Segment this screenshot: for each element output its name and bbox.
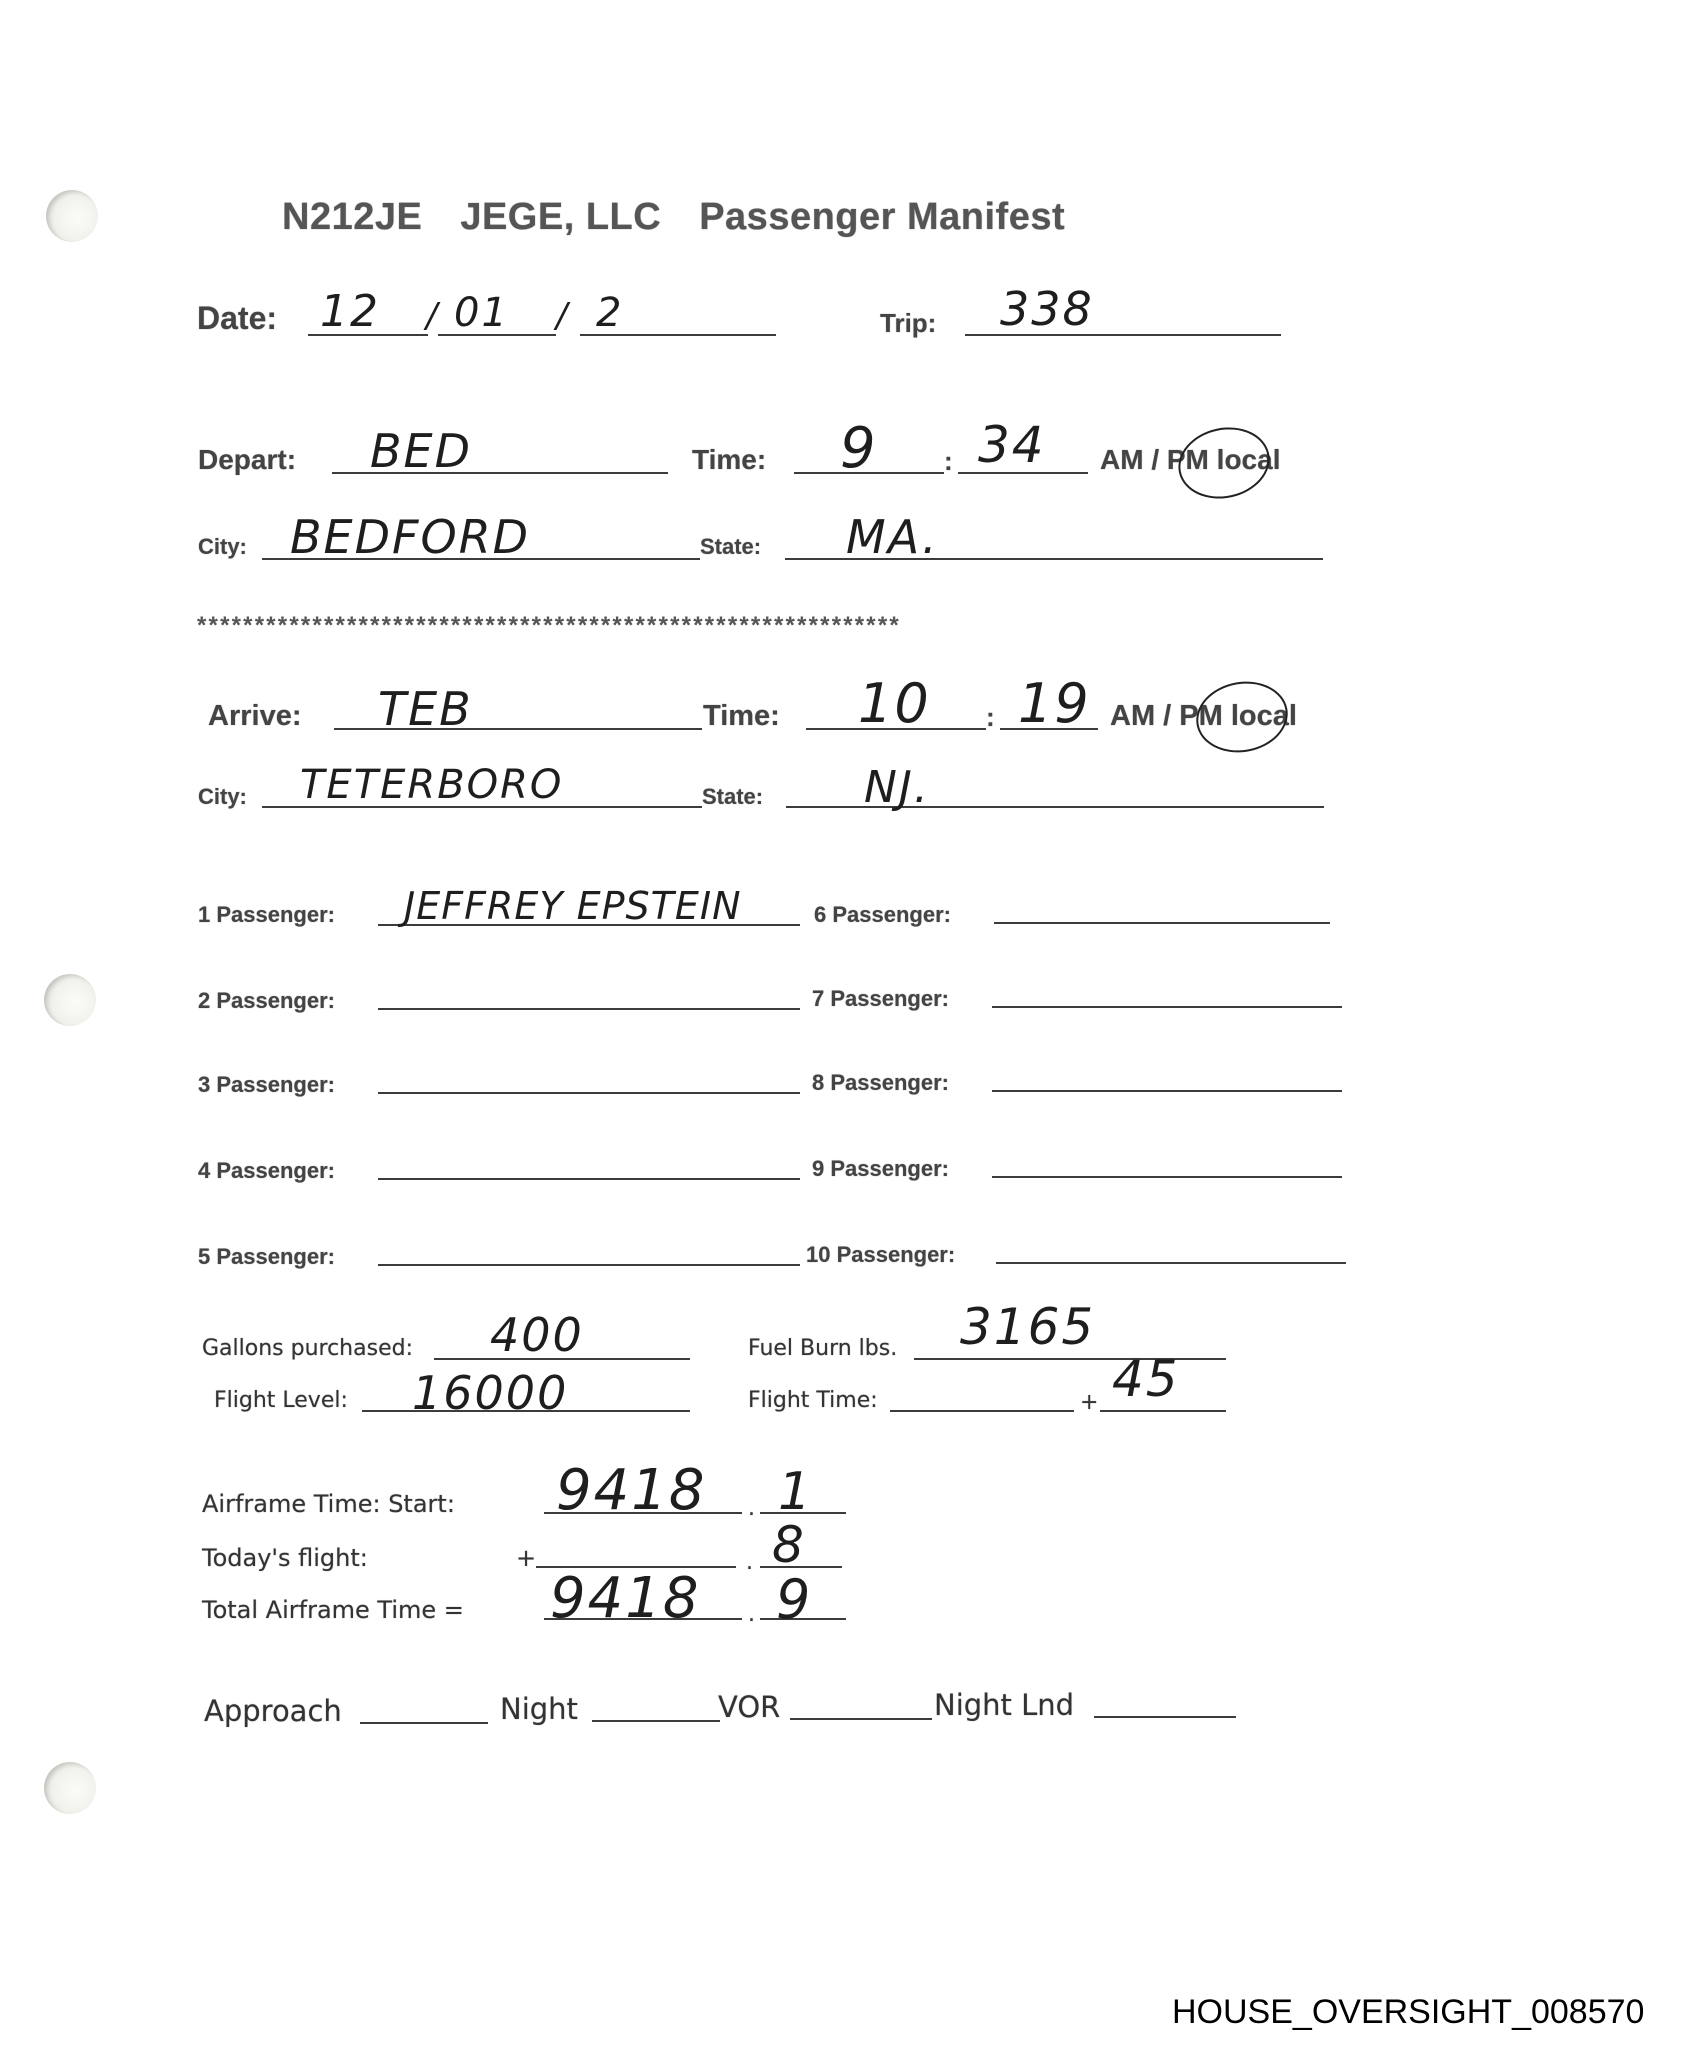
date-label: Date:	[197, 300, 277, 337]
pm-circle-mark	[1191, 675, 1294, 760]
arrive-minute[interactable]: 19	[1018, 672, 1091, 735]
depart-airport[interactable]: BED	[370, 424, 472, 478]
arrive-hour[interactable]: 10	[858, 672, 931, 735]
hole-punch-middle	[44, 974, 96, 1026]
gallons-purchased-value[interactable]: 400	[490, 1308, 584, 1362]
form-name: Passenger Manifest	[699, 196, 1065, 238]
company-name: JEGE, LLC	[460, 196, 661, 238]
trip-label: Trip:	[880, 308, 936, 339]
arrive-state[interactable]: NJ.	[864, 762, 930, 813]
airframe-start-tenths[interactable]: 1	[778, 1462, 813, 1522]
total-airframe-hours[interactable]: 9418	[550, 1566, 701, 1631]
depart-minute[interactable]: 34	[978, 416, 1046, 474]
date-month[interactable]: 12	[320, 286, 380, 337]
trip-number[interactable]: 338	[1000, 282, 1094, 336]
fuel-burn-value[interactable]: 3165	[960, 1298, 1095, 1356]
depart-state[interactable]: MA.	[846, 510, 939, 564]
section-divider: ****************************************…	[197, 612, 1357, 640]
arrive-city[interactable]: TETERBORO	[300, 762, 563, 808]
flight-level-value[interactable]: 16000	[412, 1366, 568, 1420]
airframe-start-hours[interactable]: 9418	[556, 1458, 707, 1523]
tail-number: N212JE	[282, 196, 422, 238]
total-airframe-tenths[interactable]: 9	[776, 1568, 812, 1631]
passenger-1-name[interactable]: JEFFREY EPSTEIN	[404, 884, 742, 928]
depart-city[interactable]: BEDFORD	[290, 510, 530, 564]
bates-number: HOUSE_OVERSIGHT_008570	[1172, 1993, 1644, 2032]
date-year[interactable]: 2	[596, 290, 623, 336]
date-day[interactable]: 01	[454, 290, 509, 336]
todays-flight-tenths[interactable]: 8	[772, 1516, 806, 1574]
arrive-airport[interactable]: TEB	[378, 682, 473, 736]
hole-punch-top	[46, 190, 98, 242]
depart-hour[interactable]: 9	[840, 416, 878, 481]
page-title: N212JEJEGE, LLCPassenger Manifest	[282, 196, 1065, 239]
flight-time-minutes[interactable]: 45	[1112, 1350, 1180, 1408]
pm-circle-mark	[1172, 419, 1277, 507]
hole-punch-bottom	[44, 1762, 96, 1814]
